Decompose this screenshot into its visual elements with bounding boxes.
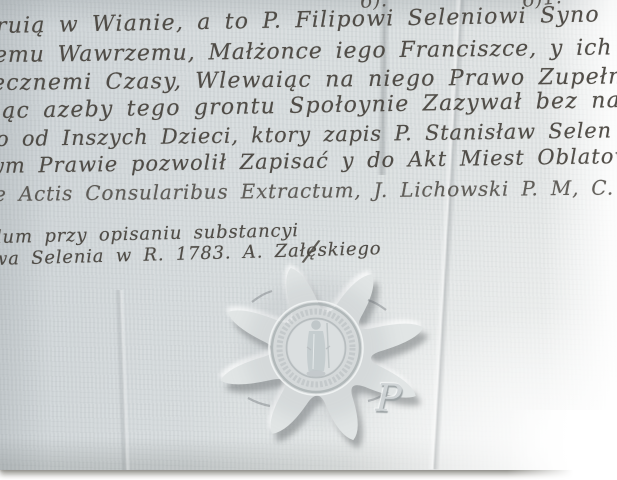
paper-sheet: 6). 6)1. ruią w Wianie, a to P. Filipowi… <box>0 0 617 470</box>
photo-highlight-mask <box>507 410 617 480</box>
manuscript-line: emu Wawrzemu, Małżonce iego Franciszce, … <box>0 34 617 68</box>
paper-wafer-seal-icon <box>190 250 490 470</box>
document-photo: 6). 6)1. ruią w Wianie, a to P. Filipowi… <box>0 0 617 480</box>
fold-crease <box>114 290 130 470</box>
paper-sheet-wrap: 6). 6)1. ruią w Wianie, a to P. Filipowi… <box>0 0 617 480</box>
embossed-letter: P <box>375 376 402 421</box>
manuscript-line: e Actis Consularibus Extractum, J. Licho… <box>0 176 614 206</box>
manuscript-line: ruią w Wianie, a to P. Filipowi Seleniow… <box>0 2 600 39</box>
